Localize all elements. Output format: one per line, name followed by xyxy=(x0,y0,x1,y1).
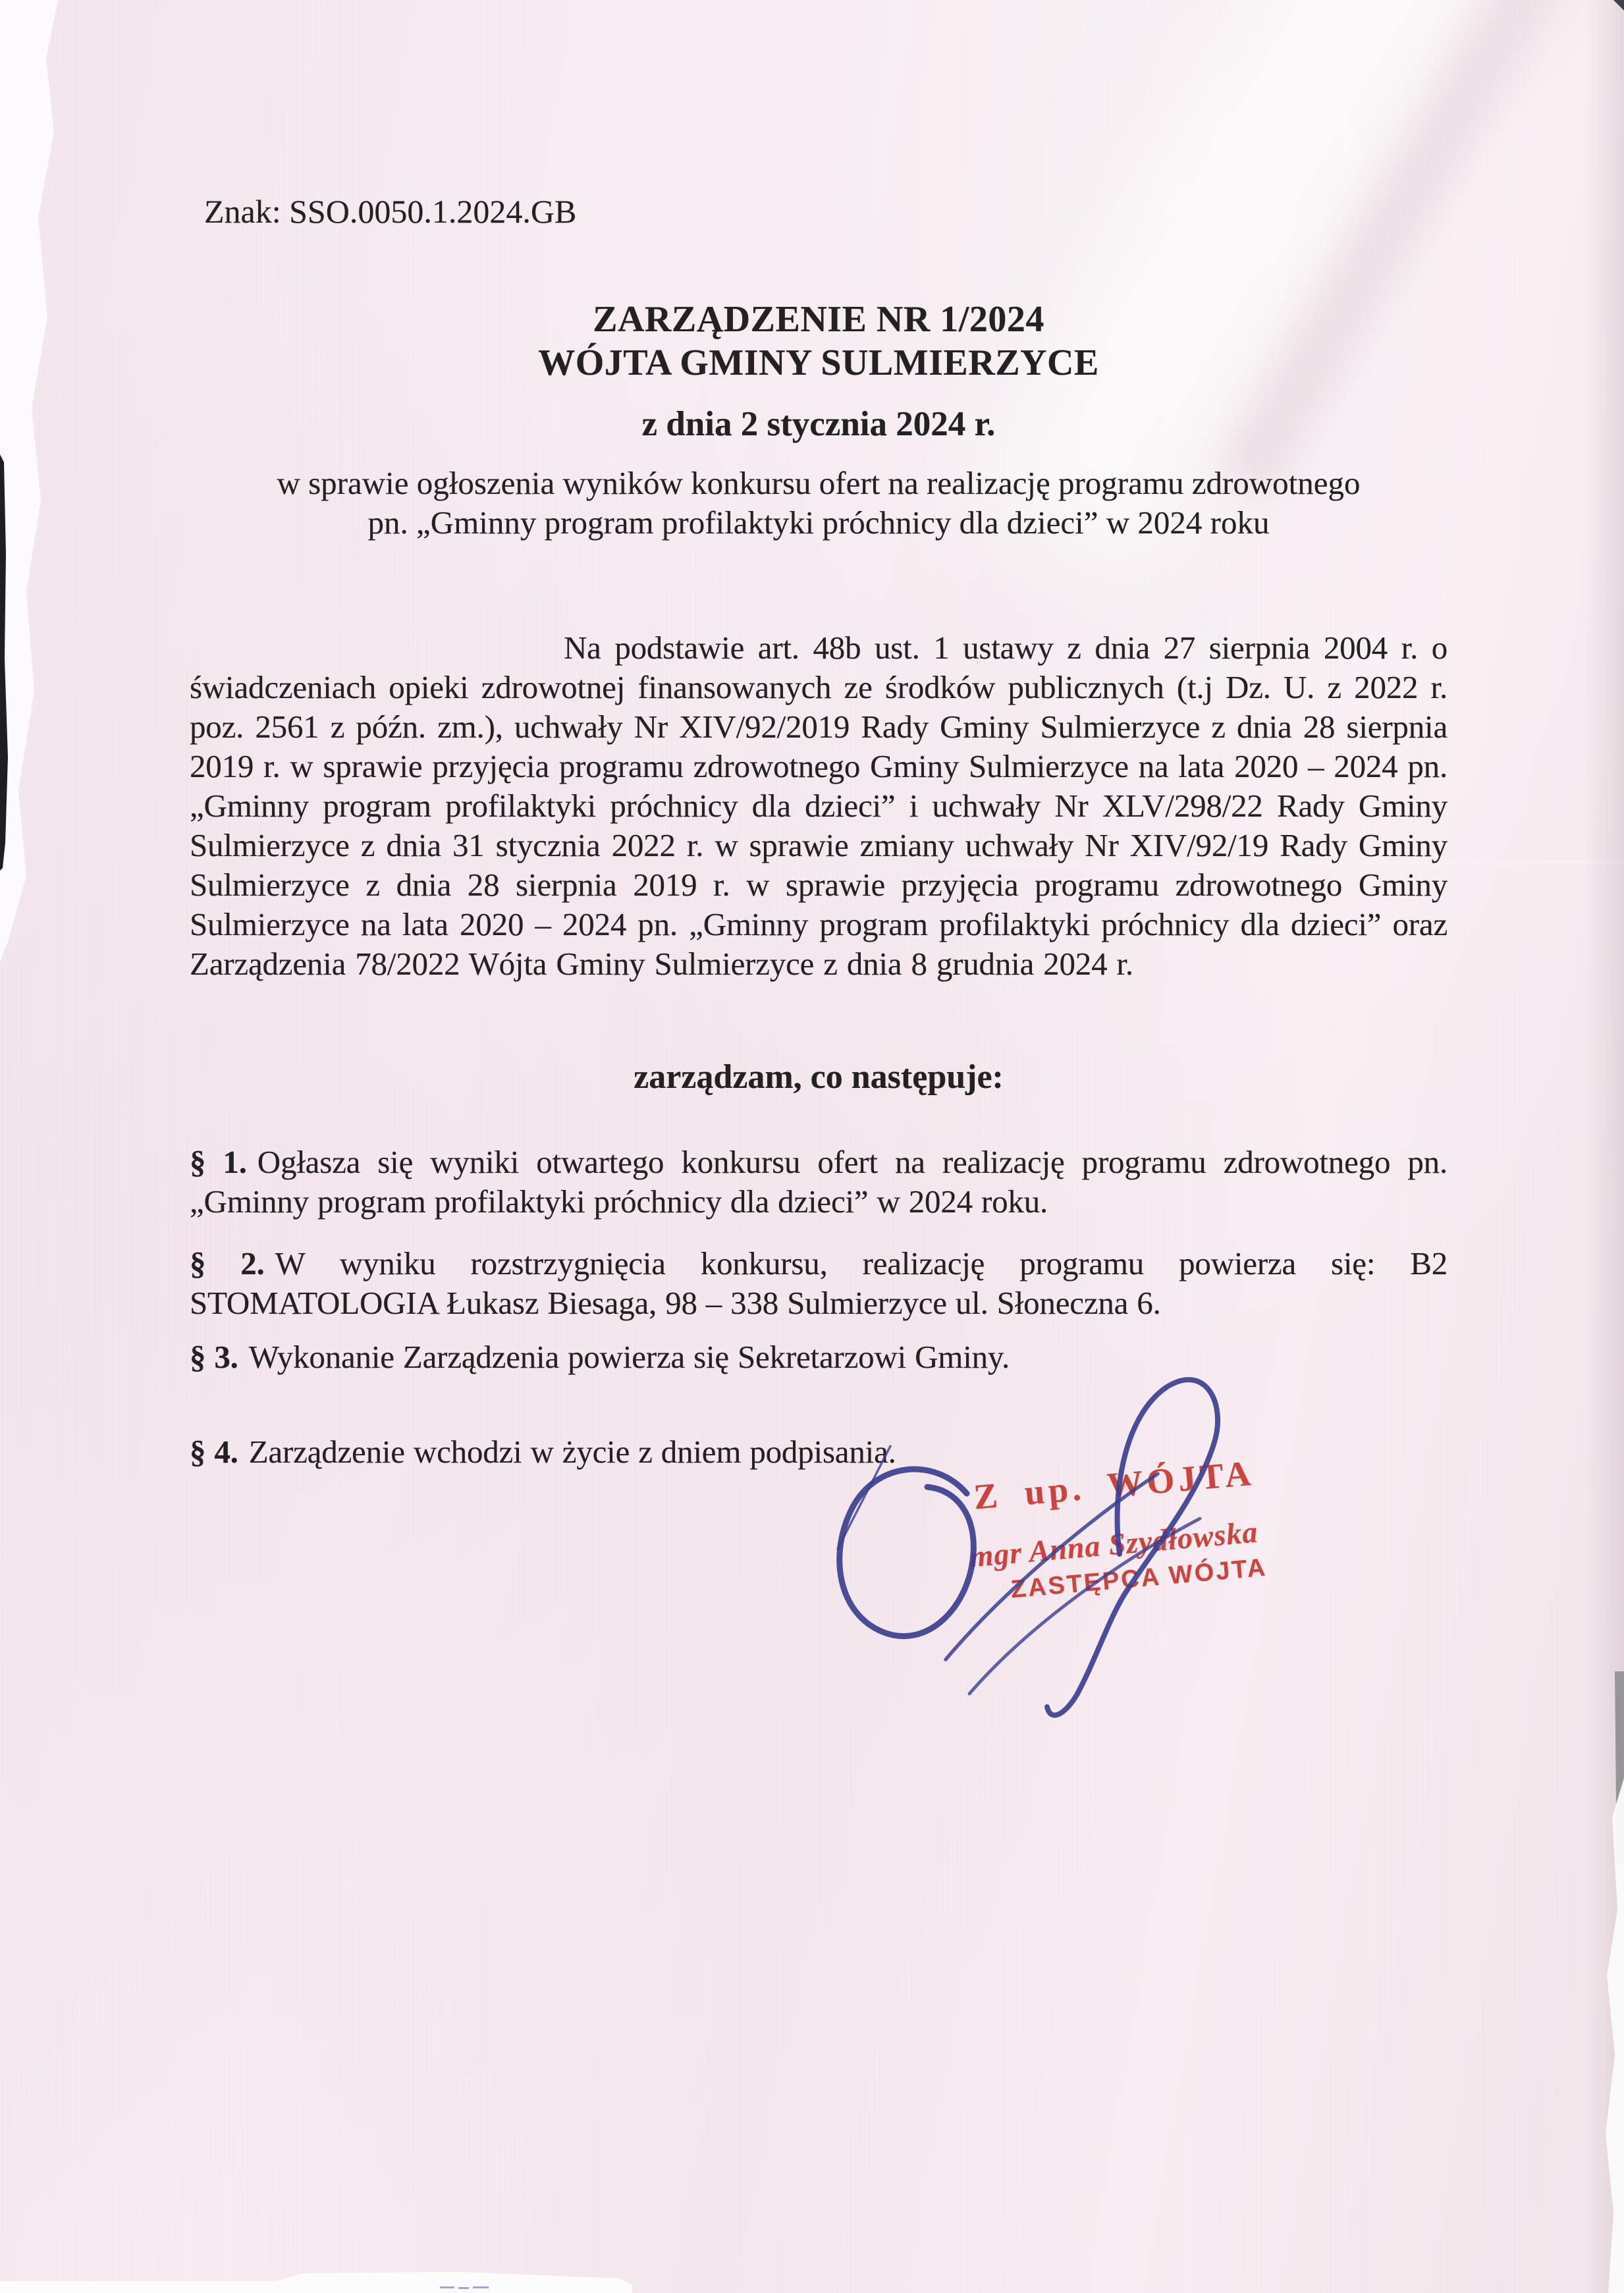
date-line: z dnia 2 stycznia 2024 r. xyxy=(190,404,1448,444)
bottom-white-strip xyxy=(0,2272,632,2293)
section-1-text: Ogłasza się wyniki otwartego konkursu of… xyxy=(190,1144,1448,1220)
torn-left-edge xyxy=(0,0,58,961)
signature-final-loop xyxy=(1047,1380,1218,1715)
title-block: ZARZĄDZENIE NR 1/2024 WÓJTA GMINY SULMIE… xyxy=(190,298,1448,385)
signature-loop xyxy=(840,1469,974,1636)
section-4-marker: § 4. xyxy=(190,1434,238,1470)
section-paragraph-2: § 2.W wyniku rozstrzygnięcia konkursu, r… xyxy=(190,1244,1448,1323)
signature-slash-1 xyxy=(946,1474,1158,1659)
legal-basis-paragraph: Na podstawie art. 48b ust. 1 ustawy z dn… xyxy=(190,628,1448,984)
subject-line-2: pn. „Gminny program profilaktyki próchni… xyxy=(190,503,1448,543)
title-line-2: WÓJTA GMINY SULMIERZYCE xyxy=(190,341,1448,385)
section-2-text: W wyniku rozstrzygnięcia konkursu, reali… xyxy=(190,1245,1448,1321)
signature-slash-2 xyxy=(969,1519,1200,1694)
section-2-marker: § 2. xyxy=(190,1245,265,1281)
subject-block: w sprawie ogłoszenia wyników konkursu of… xyxy=(190,464,1448,543)
section-3-marker: § 3. xyxy=(190,1339,238,1375)
top-right-corner-nick xyxy=(1613,0,1624,11)
reference-number: Znak: SSO.0050.1.2024.GB xyxy=(204,192,863,230)
subject-line-1: w sprawie ogłoszenia wyników konkursu of… xyxy=(190,464,1448,503)
scanned-document-page: Znak: SSO.0050.1.2024.GB ZARZĄDZENIE NR … xyxy=(0,0,1624,2293)
title-line-1: ZARZĄDZENIE NR 1/2024 xyxy=(190,298,1448,341)
torn-right-edge xyxy=(1606,1778,1624,2293)
scanner-black-streak xyxy=(0,454,8,871)
ordain-line: zarządzam, co następuje: xyxy=(190,1058,1448,1096)
bottom-blue-dashes xyxy=(440,2286,489,2289)
section-1-marker: § 1. xyxy=(190,1144,247,1180)
section-paragraph-1: § 1.Ogłasza się wyniki otwartego konkurs… xyxy=(190,1143,1448,1222)
right-edge-shadow xyxy=(1584,0,1624,2293)
signature-ink xyxy=(777,1330,1370,1765)
right-gray-band xyxy=(1615,1671,1624,1865)
